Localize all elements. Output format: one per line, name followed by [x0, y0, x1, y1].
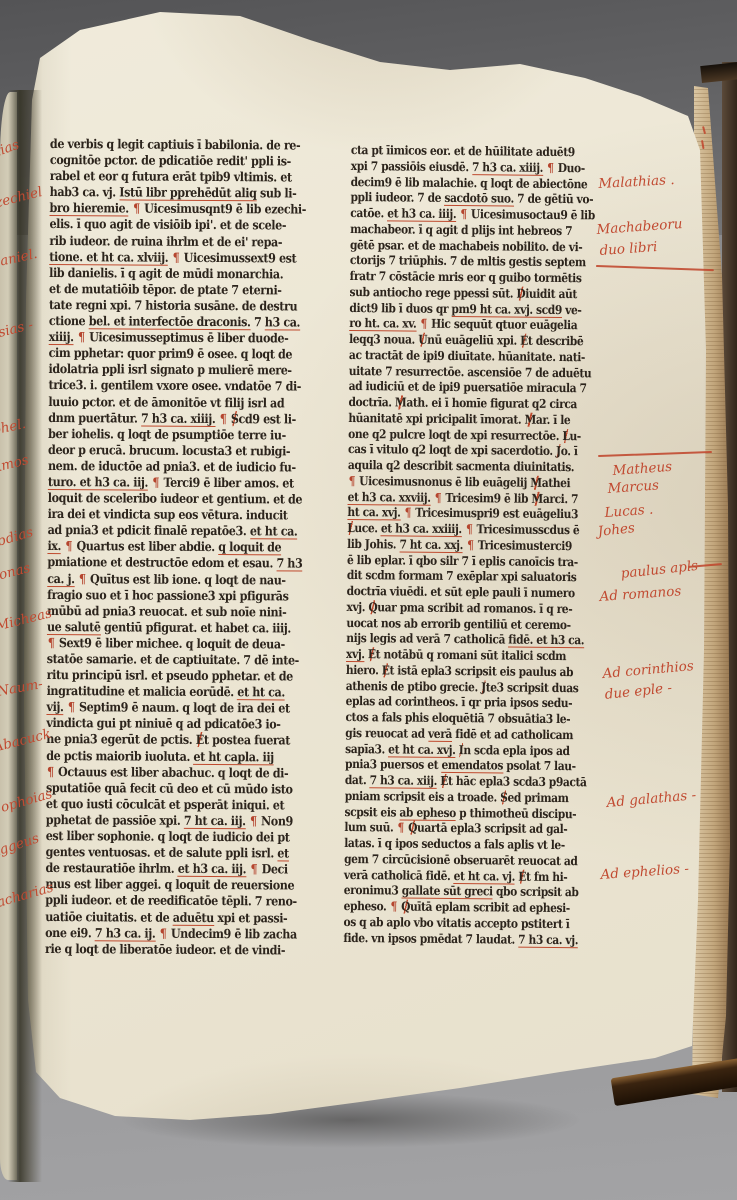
- text-line: ue salutē gentiū pfigurat. et habet ca. …: [47, 619, 344, 637]
- text-line: vij. ¶ Septim9 ē naum. q loqt de ira dei…: [46, 699, 343, 717]
- rubric-rule: [701, 140, 704, 149]
- margin-note: Jonas: [0, 560, 32, 585]
- rubric-underline: aduētu: [173, 909, 214, 925]
- margin-note: Johel.: [0, 416, 27, 440]
- rubric-underline: et ht ca.: [250, 523, 298, 539]
- pilcrow-mark: ¶: [65, 538, 74, 553]
- margin-note: Ad romanos: [599, 583, 682, 605]
- margin-note: Ezechiel: [0, 184, 44, 214]
- pilcrow-mark: ¶: [159, 925, 168, 940]
- margin-note: Ad ephelios -: [600, 861, 689, 883]
- pilcrow-mark: ¶: [420, 317, 428, 331]
- text-line: cim pphetar: quor prim9 ē osee. q loqt d…: [49, 345, 346, 363]
- rubric-underline: ht ca. xvj.: [347, 505, 400, 521]
- margin-note: Johes: [597, 520, 636, 540]
- rubric-slashed-capital: Q: [408, 821, 417, 835]
- text-line: xpi 7 passiōis eiusdē. 7 h3 ca. xiiij. ¶…: [351, 159, 600, 177]
- margin-note: Micheas: [0, 605, 54, 634]
- margin-note: Lucas .: [604, 502, 654, 521]
- text-line: sputatiōe quā fecit cū deo et cū mūdo is…: [46, 780, 343, 798]
- text-line: elis. ī quo agit de visiōib ipi'. et de …: [49, 216, 346, 234]
- text-line: gentes ventuosas. et de salute ppli isrl…: [46, 844, 343, 862]
- text-line: ad pnia3 et pdicit finalē repatōe3. et h…: [48, 522, 345, 540]
- rubric-underline: xiiij.: [49, 329, 74, 345]
- text-line: machabeor. ī q agit d plijs int hebreos …: [350, 222, 599, 240]
- rubric-underline: turo. et h3 ca. iij.: [48, 474, 148, 491]
- rubric-underline: gallate sūt greci: [402, 884, 493, 900]
- pilcrow-mark: ¶: [397, 821, 405, 835]
- rubric-underline: verā: [428, 727, 452, 742]
- text-line: lib Johis. 7 ht ca. xxj. ¶ Tricesimuster…: [347, 537, 596, 555]
- rubric-underline: q loquit de: [218, 539, 281, 555]
- text-line: de restauratiōe ihrlm. et h3 ca. iij. ¶ …: [45, 860, 342, 878]
- rubric-slashed-capital: D: [516, 286, 525, 300]
- pilcrow-mark: ¶: [390, 899, 398, 913]
- rubric-underline: fidē. et h3 ca.: [508, 633, 584, 649]
- text-line: hūanitatē xpi pricipalit īmorat. Mar. ī …: [348, 411, 597, 429]
- rubric-underline: bro hieremie.: [50, 200, 129, 216]
- text-line: de pctis maiorib iuoluta. et ht capla. i…: [46, 748, 343, 766]
- margin-note: Ad galathas -: [606, 787, 697, 811]
- rubric-slashed-capital: Q: [401, 900, 410, 914]
- text-line: tione. et ht ca. xlviij. ¶ Uicesimussext…: [49, 249, 346, 267]
- rubric-rule: [596, 265, 714, 271]
- text-line: ca. j. ¶ Quītus est lib ione. q loqt de …: [47, 571, 344, 589]
- rubric-underline: Istū libr pprehēdūt aliq: [119, 185, 256, 202]
- text-line: ¶ Octauus est liber abachuc. q loqt de d…: [46, 764, 343, 782]
- rubric-underline: et ht ca. vj.: [454, 869, 515, 885]
- text-line: deor p erucā. brucum. locusta3 et rubigi…: [48, 442, 345, 460]
- rubric-underline: 7 h3 ca. xiiij.: [472, 160, 543, 176]
- margin-note: Matheus: [612, 459, 673, 479]
- text-line: hab3 ca. vj. Istū libr pprehēdūt aliq su…: [50, 184, 347, 202]
- pilcrow-mark: ¶: [466, 538, 474, 552]
- text-line: ritu principū isrl. et pseudo pphetar. e…: [47, 667, 344, 685]
- text-line: ¶ Uicesimusnonus ē lib euāgelij Mathei: [348, 474, 597, 492]
- text-line: cognitōe pctor. de pdicatiōe redit' ppli…: [50, 152, 347, 170]
- rubric-slashed-capital: I: [459, 743, 464, 757]
- pilcrow-mark: ¶: [434, 490, 442, 504]
- pilcrow-mark: ¶: [250, 861, 259, 876]
- rubric-underline: et h3 ca. xxiiij.: [381, 521, 462, 537]
- margin-note: Ad corinthios: [602, 658, 694, 682]
- rubric-underline: et: [277, 846, 289, 862]
- rubric-underline: ro ht. ca. xv.: [349, 316, 416, 332]
- text-line: ac tractāt de ipi9 diuītate. hūanitate. …: [349, 348, 598, 366]
- rubric-slashed-capital: E: [518, 869, 526, 883]
- text-line: bro hieremie. ¶ Uicesimusqnt9 ē lib ezec…: [50, 200, 347, 218]
- margin-note: Naum-: [0, 676, 44, 700]
- rubric-underline: sacdotō suo.: [444, 191, 514, 207]
- margin-note: Abdias: [0, 524, 35, 552]
- pilcrow-mark: ¶: [348, 474, 356, 488]
- rubric-underline: et h3 ca. iij.: [178, 861, 247, 877]
- text-line: et quo iusti cōculcāt et psperāt iniqui.…: [46, 796, 343, 814]
- text-line: nem. de iductōe ad pnia3. et de iudicio …: [48, 458, 345, 476]
- text-line: os q ab aplo vbo vitatis accepto pstiter…: [343, 915, 592, 933]
- left-text-column: de verbis q legit captiuis ī babilonia. …: [45, 136, 347, 959]
- rubric-slashed-capital: M: [531, 491, 543, 505]
- rubric-rule: [702, 126, 706, 134]
- pilcrow-mark: ¶: [132, 201, 141, 216]
- text-line: ix. ¶ Quartus est liber abdie. q loquit …: [47, 538, 344, 556]
- text-line: one ei9. 7 h3 ca. ij. ¶ Undecim9 ē lib z…: [45, 925, 342, 943]
- pilcrow-mark: ¶: [465, 522, 473, 536]
- rubric-underline: 7 h3 ca. xiij.: [370, 773, 438, 789]
- margin-note: duo libri: [599, 239, 658, 259]
- rubric-underline: et ht ca. xvj.: [388, 742, 455, 758]
- text-line: fragio suo et ī hoc passione3 xpi pfigur…: [47, 587, 344, 605]
- margin-note: Machabeoru: [596, 216, 683, 238]
- pilcrow-mark: ¶: [459, 207, 467, 221]
- rubric-underline: emendatos: [441, 758, 503, 774]
- text-layer: de verbis q legit captiuis ī babilonia. …: [0, 0, 737, 1200]
- text-line: sub antiocho rege ppessi sūt. Diuidit aū…: [349, 285, 598, 303]
- rubric-underline: 7 h3 ca. vj.: [518, 932, 578, 948]
- text-line: rib iudeor. de ruina ihrlm et de ei' rep…: [49, 233, 346, 251]
- rubric-underline: ca. j.: [47, 571, 74, 587]
- text-line: turo. et h3 ca. iij. ¶ Terci9 ē liber am…: [48, 474, 345, 492]
- text-line: idolatria ppli isrl signato p mulierē me…: [49, 361, 346, 379]
- margin-note: Osias -: [0, 317, 35, 344]
- rubric-slashed-capital: M: [530, 475, 542, 489]
- rubric-underline: et ht capla. iij: [193, 748, 274, 764]
- rubric-underline: et h3 ca. iiij.: [387, 206, 456, 222]
- text-line: luuio pctor. et de āmonitōe vt filij isr…: [48, 393, 345, 411]
- rubric-underline: et h3 ca. xxviij.: [348, 489, 431, 505]
- rubric-underline: h3 ca.: [265, 314, 300, 330]
- margin-note: paulus apls: [620, 558, 699, 582]
- pilcrow-mark: ¶: [78, 571, 87, 586]
- pilcrow-mark: ¶: [47, 635, 56, 650]
- text-line: est liber sophonie. q loqt de iudicio de…: [46, 828, 343, 846]
- text-line: xvj. Quar pma scribit ad romanos. ī q re…: [346, 600, 595, 618]
- rubric-underline: ab epheso: [399, 805, 456, 821]
- text-line: ingratitudine et malicia eorūdē. et ht c…: [47, 683, 344, 701]
- rubric-underline: bel. et interfectōe draconis.: [89, 313, 251, 330]
- rubric-underline: pm9 ht ca. xvj. scd9: [451, 301, 562, 317]
- text-line: xiiij. ¶ Uicesimusseptimus ē liber duode…: [49, 329, 346, 347]
- rubric-underline: ix.: [47, 538, 61, 554]
- margin-note: Abacuck: [0, 726, 53, 756]
- rubric-slashed-capital: J: [481, 680, 486, 694]
- rubric-slashed-capital: E: [382, 663, 390, 677]
- text-line: dnm puertātur. 7 h3 ca. xiiij. ¶ Scd9 es…: [48, 410, 345, 428]
- rubric-underline: 7 ht ca. iij.: [184, 813, 246, 829]
- pilcrow-mark: ¶: [46, 764, 55, 779]
- rubric-underline: 7 h3: [276, 556, 302, 572]
- rubric-underline: ue salutē: [47, 619, 101, 635]
- photo-of-incunabulum-page: de verbis q legit captiuis ī babilonia. …: [0, 0, 737, 1200]
- text-line: ber iohelis. q loqt de psumptiōe terre i…: [48, 426, 345, 444]
- pilcrow-mark: ¶: [172, 249, 181, 264]
- text-line: mūbū ad pnia3 reuocat. et sub noīe nini-: [47, 603, 344, 621]
- text-line: fide. vn ipsos pmēdat 7 laudat. 7 h3 ca.…: [343, 930, 592, 948]
- text-line: ctione bel. et interfectōe draconis. 7 h…: [49, 313, 346, 331]
- text-line: ppli iudeor. et de reedificatōe tēpli. 7…: [45, 892, 342, 910]
- right-text-column: cta pt īimicos eor. et de hūilitate aduē…: [343, 143, 599, 949]
- text-line: pmiatione et destructōe edom et esau. 7 …: [47, 554, 344, 572]
- text-line: lib danielis. ī q agit de mūdi monarchia…: [49, 265, 346, 283]
- pilcrow-mark: ¶: [249, 813, 258, 828]
- rubric-slashed-capital: Q: [368, 600, 377, 614]
- rubric-slashed-capital: E: [520, 334, 528, 348]
- margin-note: Aggeus: [0, 830, 41, 861]
- rubric-slashed-capital: S: [500, 790, 507, 804]
- rubric-slashed-capital: M: [395, 395, 407, 409]
- text-line: de verbis q legit captiuis ī babilonia. …: [50, 136, 347, 154]
- rubric-underline: 7 ht ca. xxj.: [399, 537, 463, 553]
- text-line: pphetat de passiōe xpi. 7 ht ca. iij. ¶ …: [46, 812, 343, 830]
- text-line: ¶ Sext9 ē liber michee. q loquit de deua…: [47, 635, 344, 653]
- text-line: statōe samarie. et de captiuitate. 7 dē …: [47, 651, 344, 669]
- pilcrow-mark: ¶: [77, 329, 86, 344]
- pilcrow-mark: ¶: [67, 699, 76, 714]
- text-line: tate regni xpi. 7 historia susāne. de de…: [49, 297, 346, 315]
- margin-note: Daniel.: [0, 246, 39, 272]
- text-line: pniam scripsit eis a troade. Sed primam: [345, 789, 594, 807]
- margin-note: due eple -: [604, 680, 673, 703]
- text-line: hiero. Et istā epla3 scripsit eis paulus…: [346, 663, 595, 681]
- text-line: rie q loqt de liberatōe iudeor. et de vi…: [45, 941, 342, 959]
- pilcrow-mark: ¶: [546, 161, 554, 175]
- text-line: loquit de sceleribo iudeor et gentium. e…: [48, 490, 345, 508]
- rubric-underline: vij.: [46, 699, 63, 715]
- rubric-slashed-capital: S: [231, 411, 239, 426]
- margin-note: Amos: [0, 452, 30, 477]
- rubric-slashed-capital: U: [418, 333, 427, 347]
- rubric-slashed-capital: E: [368, 647, 376, 661]
- rubric-underline: 7 h3 ca. xiiij.: [141, 410, 216, 426]
- rubric-slashed-capital: E: [196, 732, 204, 747]
- rubric-slashed-capital: E: [440, 774, 448, 788]
- rubric-underline: xvj.: [346, 647, 365, 662]
- text-line: ne pnia3 egerūt de pctis. Et postea fuer…: [46, 731, 343, 749]
- text-line: rabel et eor q futura erāt tpib9 vltimis…: [50, 168, 347, 186]
- pilcrow-mark: ¶: [151, 475, 160, 490]
- rubric-underline: et ht ca.: [237, 684, 285, 700]
- text-line: trice3. i. gentilem vxore osee. vndatōe …: [48, 377, 345, 395]
- text-line: et de mutatiōib tēpor. de ptate 7 eterni…: [49, 281, 346, 299]
- pilcrow-mark: ¶: [219, 411, 228, 426]
- rubric-slashed-capital: M: [524, 412, 536, 426]
- text-line: mus est liber aggei. q loquit de reuersi…: [45, 876, 342, 894]
- margin-note: Marcus: [607, 477, 660, 497]
- text-line: gis reuocat ad verā fidē et ad catholica…: [345, 726, 594, 744]
- margin-note: Malathias .: [598, 172, 675, 192]
- text-line: uatiōe ciuitatis. et de aduētu xpi et pa…: [45, 908, 342, 926]
- rubric-slashed-capital: L: [562, 429, 569, 443]
- rubric-rule: [598, 451, 712, 457]
- rubric-underline: 7 h3 ca. ij.: [95, 925, 156, 941]
- pilcrow-mark: ¶: [404, 506, 412, 520]
- text-line: ira dei et vindicta sup eos vētura. indu…: [48, 506, 345, 524]
- rubric-slashed-capital: J: [556, 444, 561, 458]
- margin-note: Barachias: [0, 137, 21, 175]
- rubric-slashed-capital: L: [347, 521, 354, 535]
- rubric-underline: tione. et ht ca. xlviij.: [49, 249, 168, 266]
- text-line: gem 7 circūcisionē obseruarēt reuocat ad: [344, 852, 593, 870]
- text-line: vindicta gui pt niniuē q ad pdicatōe3 io…: [46, 715, 343, 733]
